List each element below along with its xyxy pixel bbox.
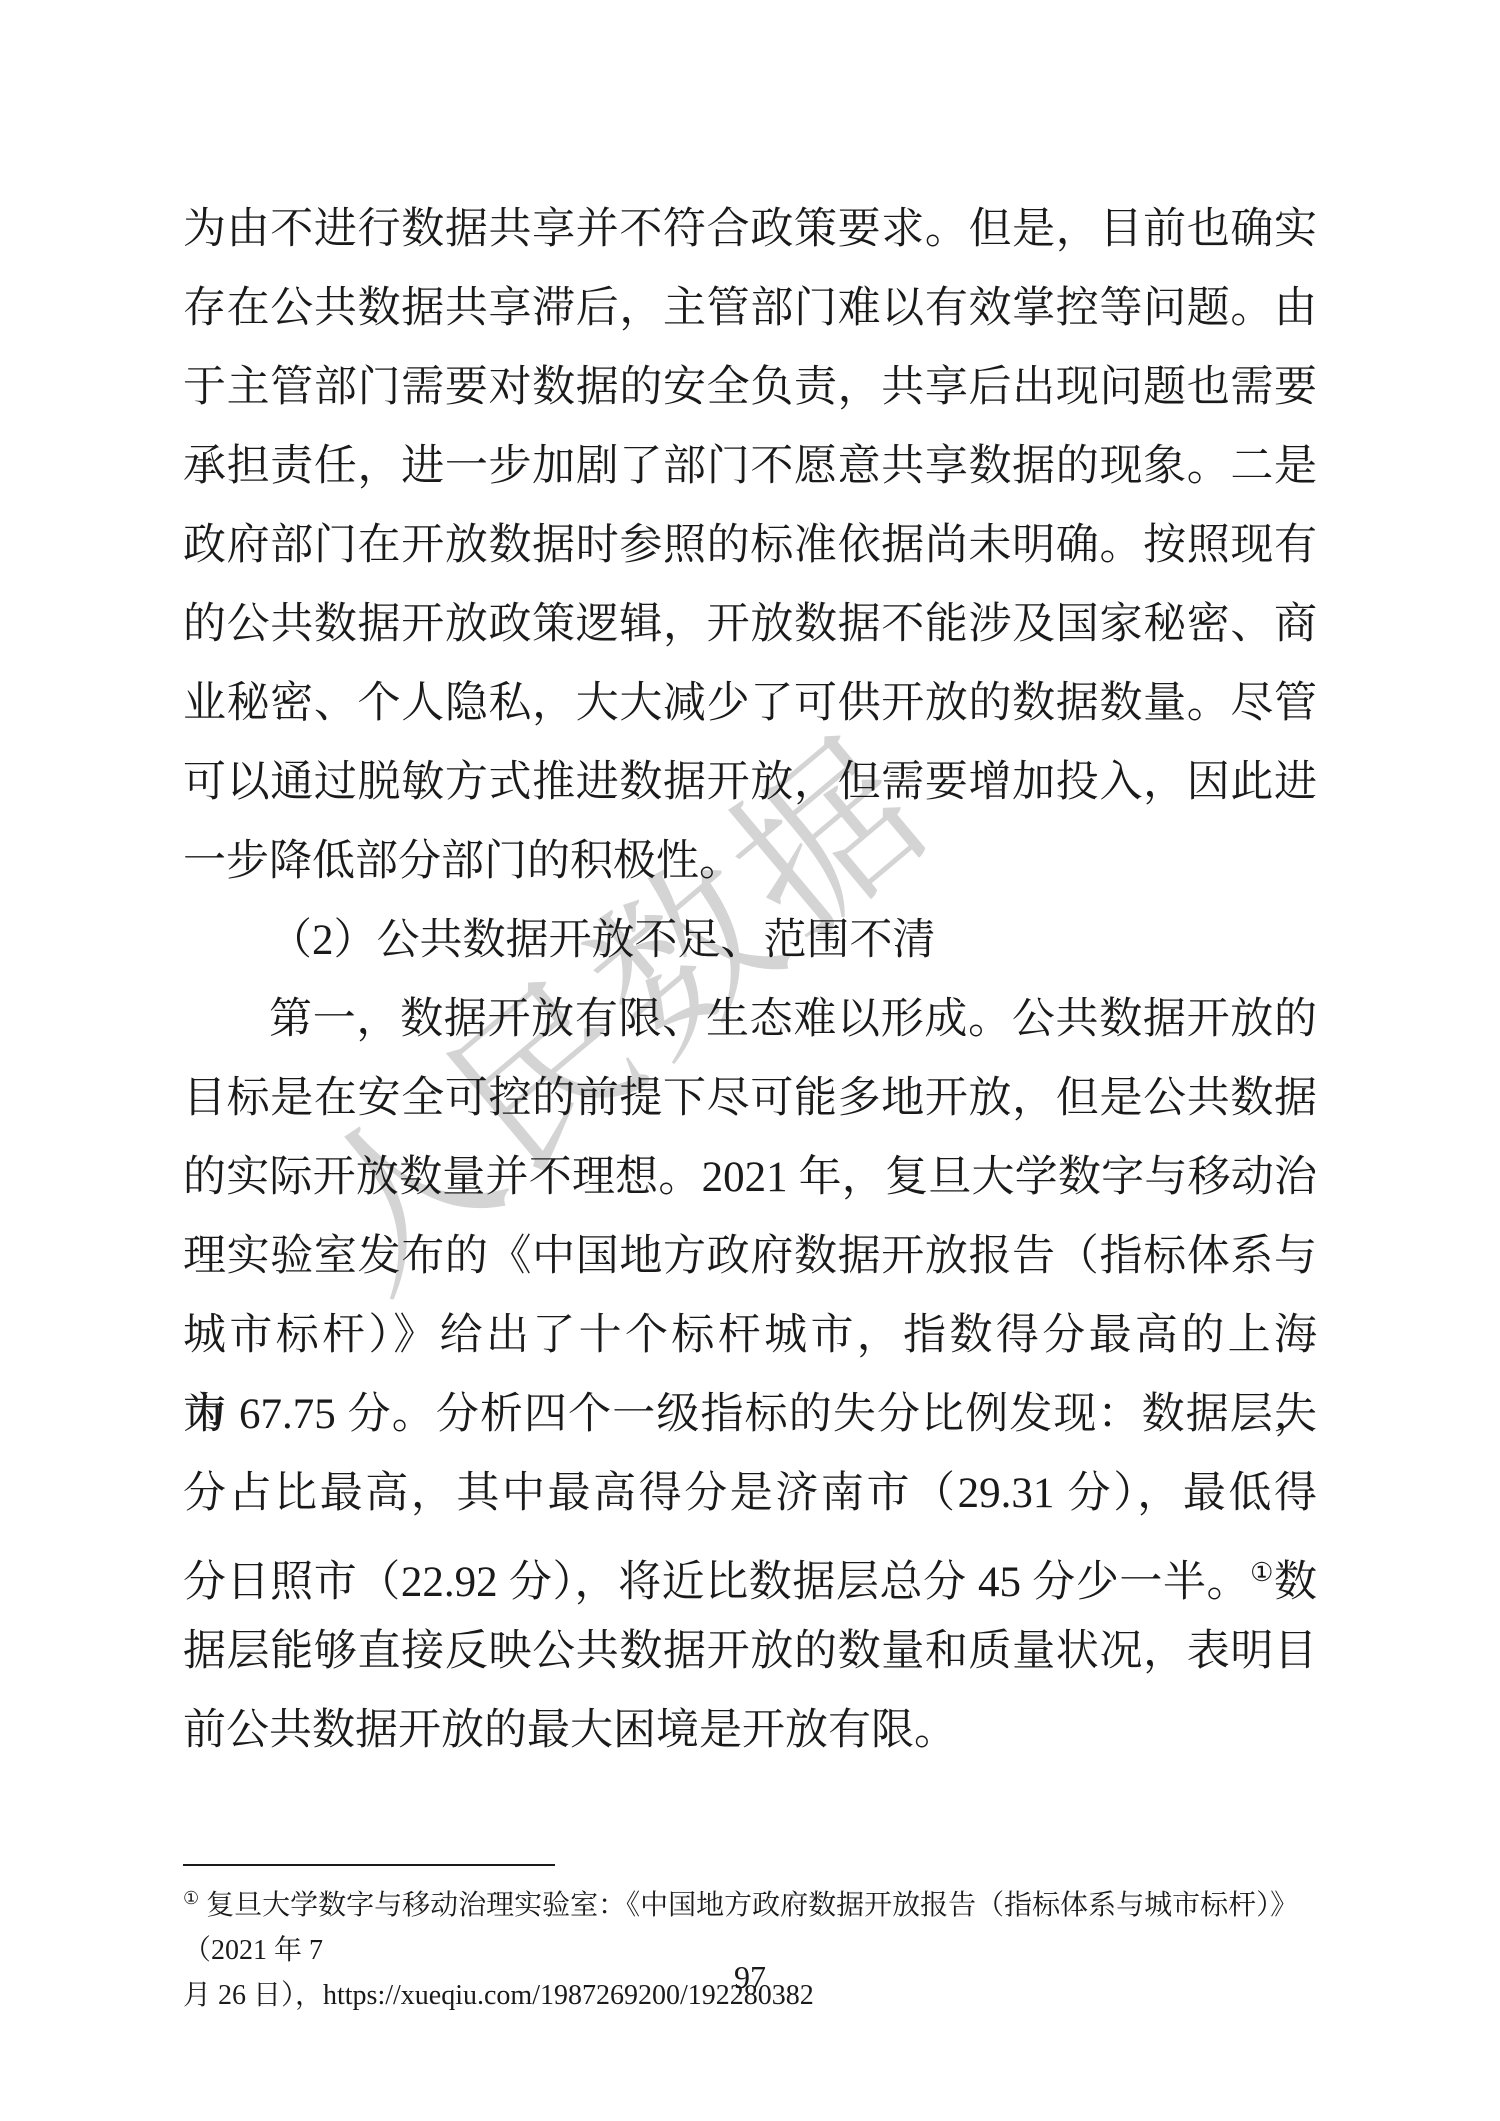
text-line: 前公共数据开放的最大困境是开放有限。 <box>183 1691 1317 1770</box>
text-line: 第一，数据开放有限、生态难以形成。公共数据开放的 <box>183 980 1317 1059</box>
text-line: 一步降低部分部门的积极性。 <box>183 822 1317 901</box>
section-heading: （2）公共数据开放不足、范围不清 <box>183 901 1317 980</box>
text-line: 承担责任，进一步加剧了部门不愿意共享数据的现象。二是 <box>183 427 1317 506</box>
text-line: 城市标杆）》给出了十个标杆城市，指数得分最高的上海市， <box>183 1296 1317 1375</box>
footnote-marker: ① <box>183 1888 199 1908</box>
text-line: 分日照市（22.92 分），将近比数据层总分 45 分少一半。①数 <box>183 1533 1317 1612</box>
text-line: 据层能够直接反映公共数据开放的数量和质量状况，表明目 <box>183 1612 1317 1691</box>
text-line: 的公共数据开放政策逻辑，开放数据不能涉及国家秘密、商 <box>183 585 1317 664</box>
text-line: 目标是在安全可控的前提下尽可能多地开放，但是公共数据 <box>183 1059 1317 1138</box>
text-line: 分占比最高，其中最高得分是济南市（29.31 分），最低得 <box>183 1454 1317 1533</box>
footnote-ref-superscript: ① <box>1250 1558 1274 1587</box>
text-segment: 数 <box>1274 1559 1317 1606</box>
page-number: 97 <box>0 1955 1500 2000</box>
text-line: 可以通过脱敏方式推进数据开放，但需要增加投入，因此进 <box>183 743 1317 822</box>
body-text: 为由不进行数据共享并不符合政策要求。但是，目前也确实 存在公共数据共享滞后，主管… <box>183 190 1317 1770</box>
text-line: 的实际开放数量并不理想。2021 年，复旦大学数字与移动治 <box>183 1138 1317 1217</box>
text-line: 于主管部门需要对数据的安全负责，共享后出现问题也需要 <box>183 348 1317 427</box>
text-line: 业秘密、个人隐私，大大减少了可供开放的数据数量。尽管 <box>183 664 1317 743</box>
text-line: 存在公共数据共享滞后，主管部门难以有效掌控等问题。由 <box>183 269 1317 348</box>
text-line: 为 67.75 分。分析四个一级指标的失分比例发现：数据层失 <box>183 1375 1317 1454</box>
text-line: 为由不进行数据共享并不符合政策要求。但是，目前也确实 <box>183 190 1317 269</box>
text-line: 理实验室发布的《中国地方政府数据开放报告（指标体系与 <box>183 1217 1317 1296</box>
document-page: 人民数据 为由不进行数据共享并不符合政策要求。但是，目前也确实 存在公共数据共享… <box>0 0 1500 2121</box>
footnote-separator <box>183 1864 555 1866</box>
text-line: 政府部门在开放数据时参照的标准依据尚未明确。按照现有 <box>183 506 1317 585</box>
text-segment: 分日照市（22.92 分），将近比数据层总分 45 分少一半。 <box>183 1559 1250 1606</box>
